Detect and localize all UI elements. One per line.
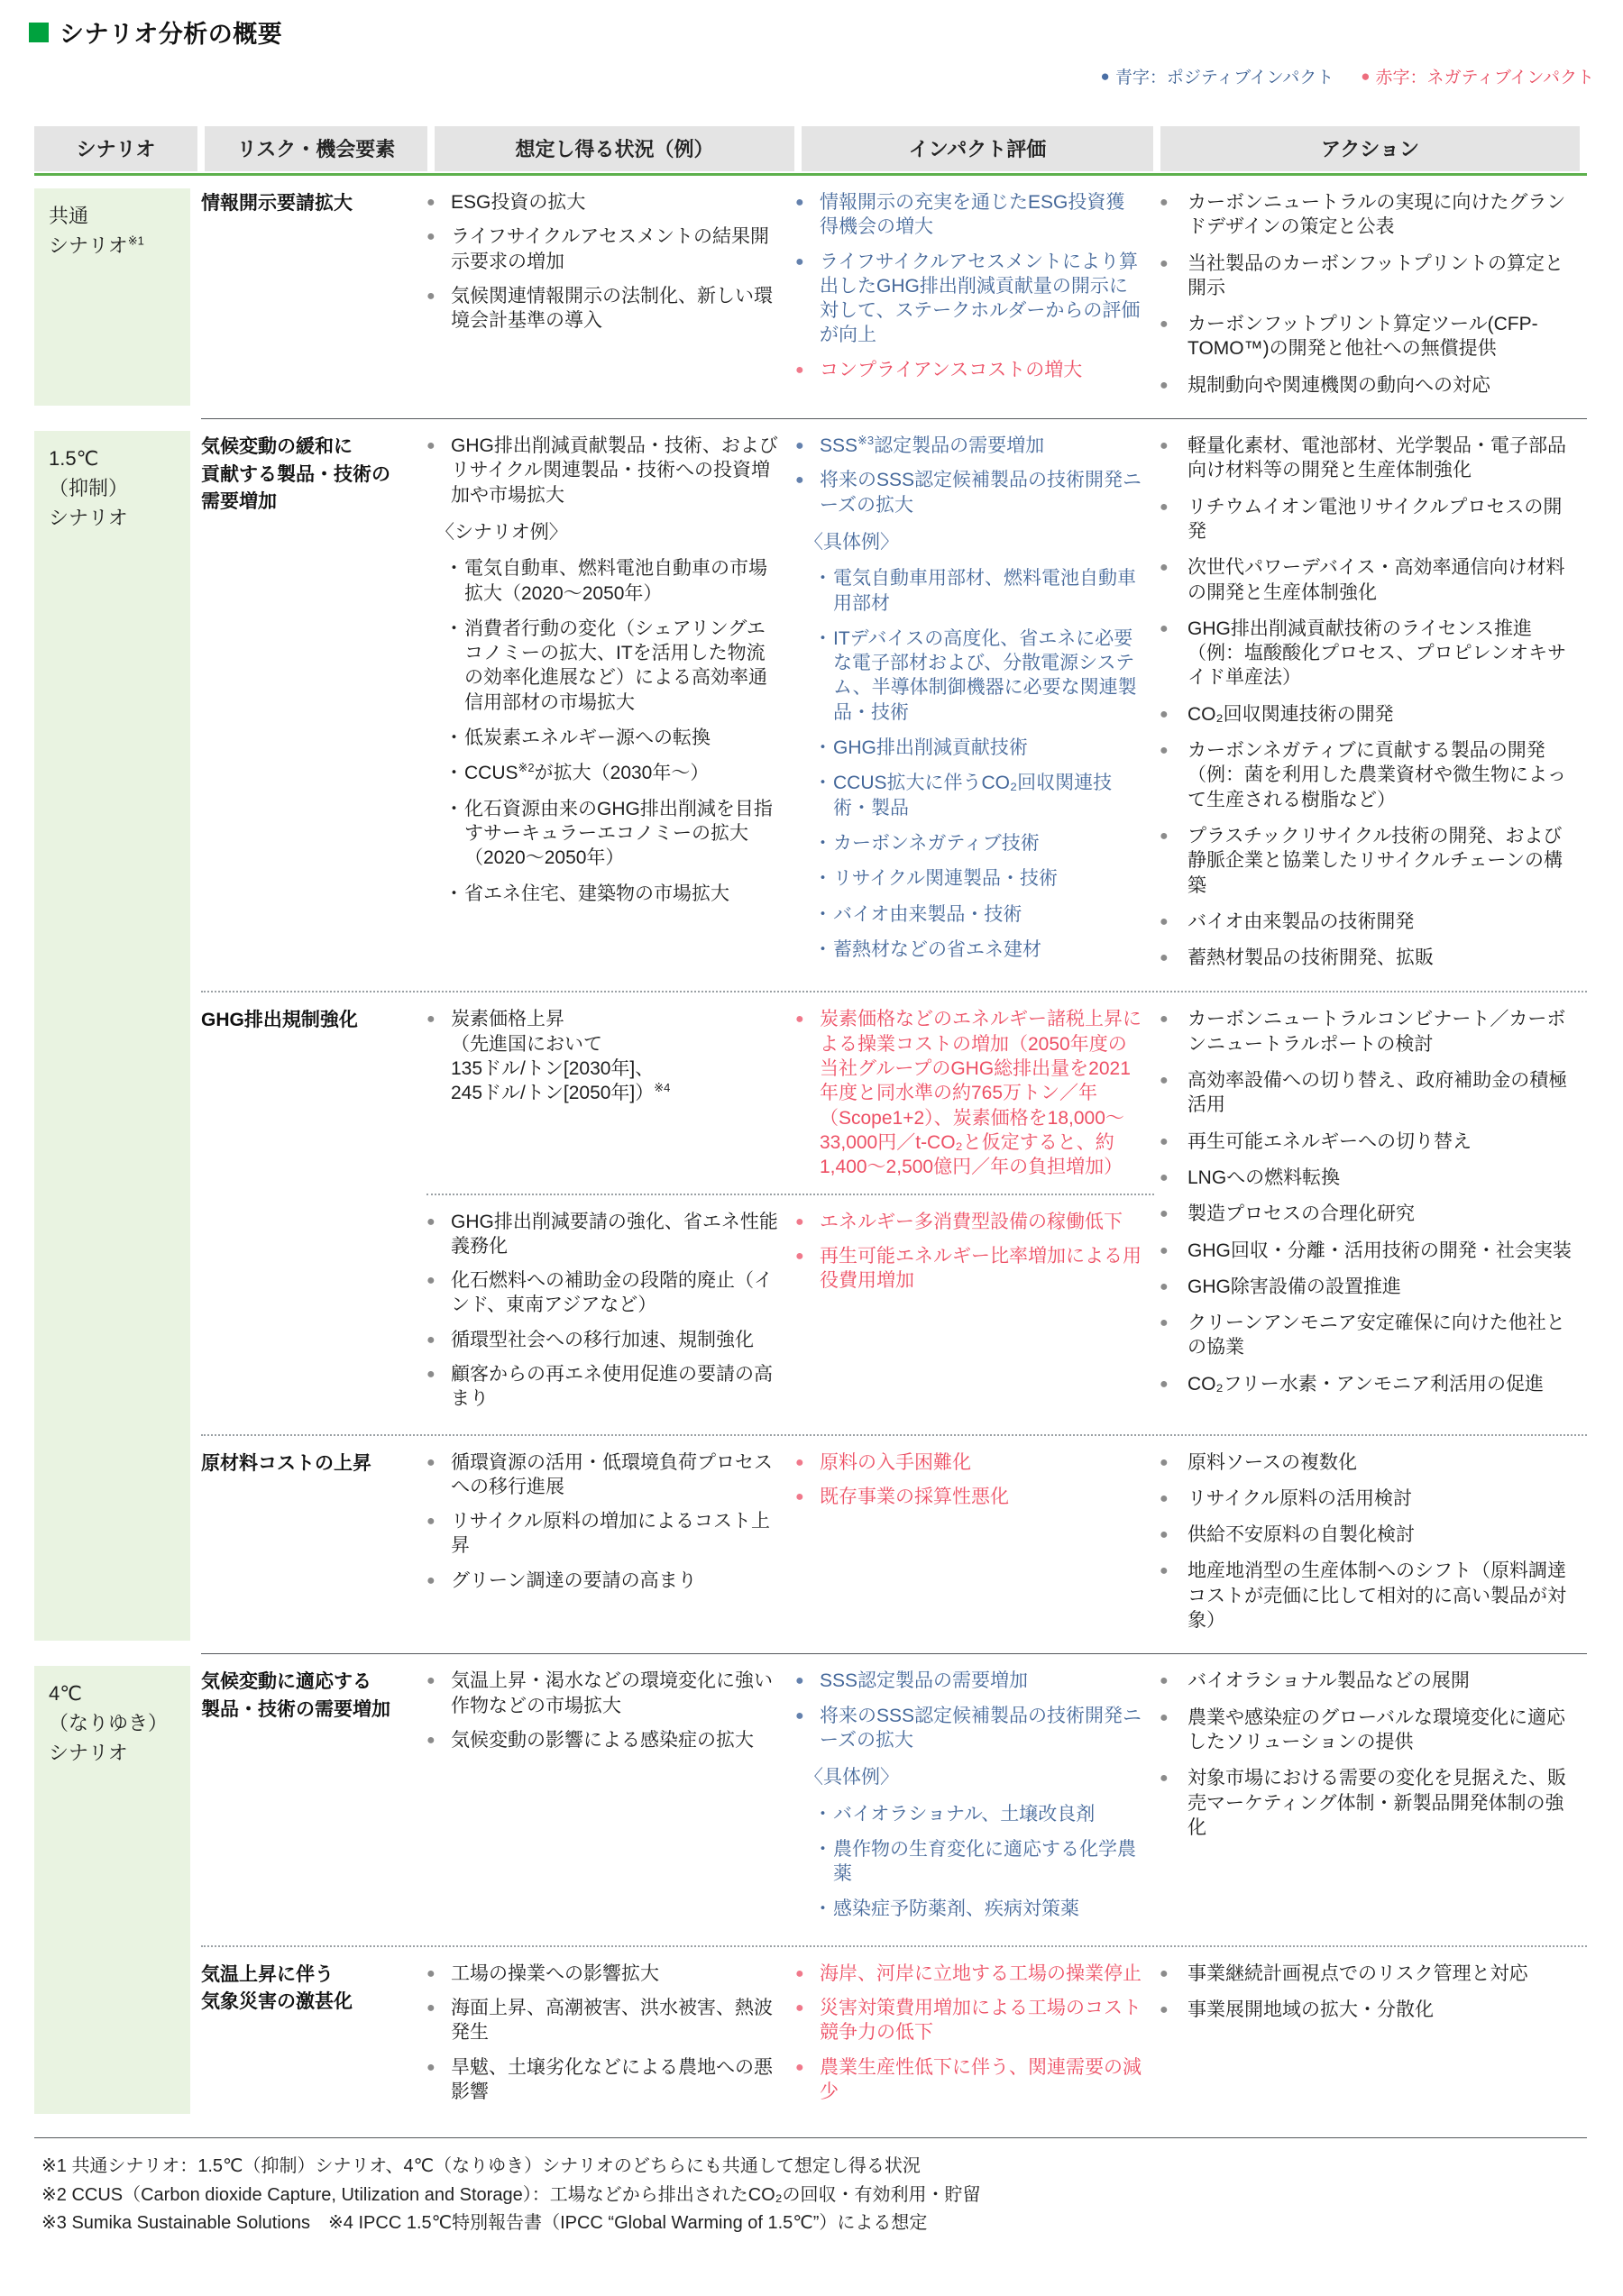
bullet-icon: ● [426,1364,436,1385]
legend-negative-label: 赤字：ネガティブインパクト [1376,64,1594,88]
bullet-icon: ● [426,192,436,213]
bullet-icon: ● [426,1730,436,1751]
item-text: 気温上昇・渇水などの環境変化に強い作物などの市場拡大 [451,1670,773,1715]
sub-list-item: ・リサイクル関連製品・技術 [795,866,1143,891]
bullet-icon: ● [795,470,804,490]
list-item: ●既存事業の採算性悪化 [795,1485,1143,1509]
item-text: 海岸、河岸に立地する工場の操業停止 [820,1963,1142,1984]
bullet-icon: ● [1160,1131,1169,1152]
sub-bullet-icon: ・ [813,736,832,760]
item-text: 炭素価格などのエネルギー諸税上昇による操業コストの増加（2050年度の当社グルー… [820,1009,1142,1177]
bullet-icon: ● [426,2057,436,2078]
bullet-icon: ● [795,1486,804,1507]
risk-factor-line: 気候変動に適応する [201,1669,408,1696]
column-header-situation: 想定し得る状況（例） [435,126,794,171]
scenario-group: 共通シナリオ※1情報開示要請拡大●ESG投資の拡大●ライフサイクルアセスメントの… [34,176,1587,418]
bullet-icon: ● [426,1330,436,1350]
bullet-icon: ● [426,1452,436,1473]
list-item: ●CO₂フリー水素・アンモニア利活用の促進 [1158,1372,1573,1396]
sub-bullet-icon: ・ [813,938,832,962]
risk-factor-line: 製品・技術の需要増加 [201,1697,408,1724]
bullet-icon: ● [1160,1560,1169,1581]
list-item: ●ライフサイクルアセスメントの結果開示要求の増加 [426,224,781,274]
example-header: 〈具体例〉 [795,1765,1143,1789]
list-item: ●循環型社会への移行加速、規制強化 [426,1328,781,1352]
item-text: 化石資源由来のGHG排出削減を目指すサーキュラーエコノミーの拡大（2020〜20… [464,799,773,869]
list-item: ●GHG除害設備の設置推進 [1158,1275,1573,1299]
list-item: ●旱魃、土壌劣化などによる農地への悪影響 [426,2055,781,2105]
situation-impact-blocks: ●GHG排出削減貢献製品・技術、およびリサイクル関連製品・技術への投資増加や市場… [426,434,1154,982]
impact-cell: ●エネルギー多消費型設備の稼働低下●再生可能エネルギー比率増加による用役費用増加 [795,1210,1154,1422]
item-text: 将来のSSS認定候補製品の技術開発ニーズの拡大 [820,1706,1142,1751]
risk-factor-line: 需要増加 [201,489,408,516]
list-item: ●コンプライアンスコストの増大 [795,358,1143,382]
list-item: ●プラスチックリサイクル技術の開発、および静脈企業と協業したリサイクルチェーンの… [1158,824,1573,898]
list-item: ●カーボンフットプリント算定ツール(CFP-TOMO™)の開発と他社への無償提供 [1158,312,1573,361]
list-item: ●製造プロセスの合理化研究 [1158,1202,1573,1226]
item-text: 循環資源の活用・低環境負荷プロセスへの移行進展 [451,1452,773,1497]
scenario-label-line: （なりゆき） [49,1708,183,1738]
sub-bullet-icon: ・ [445,617,463,641]
item-text: 原料ソースの複数化 [1187,1452,1357,1473]
bullet-icon: ● [1160,826,1169,846]
list-item: ●原料の入手困難化 [795,1450,1143,1475]
sub-bullet-icon: ・ [813,627,832,651]
list-item: ●気候関連情報開示の法制化、新しい環境会計基準の導入 [426,284,781,334]
item-text: 供給不安原料の自製化検討 [1187,1524,1415,1545]
item-text: クリーンアンモニア安定確保に向けた他社との協業 [1187,1313,1565,1358]
item-text: ライフサイクルアセスメントの結果開示要求の増加 [451,226,769,271]
sub-bullet-icon: ・ [813,771,832,795]
bullet-icon: ● [795,1963,804,1984]
item-text: GHG回収・分離・活用技術の開発・社会実装 [1187,1240,1572,1261]
legend: ● 青字：ポジティブインパクト ● 赤字：ネガティブインパクト [27,64,1594,88]
risk-factor-line: 気温上昇に伴う [201,1962,408,1989]
column-header-scenario: シナリオ [34,126,197,171]
risk-row: 原材料コストの上昇●循環資源の活用・低環境負荷プロセスへの移行進展●リサイクル原… [201,1434,1587,1654]
bullet-icon: ● [795,1706,804,1726]
situation-impact-block: ●循環資源の活用・低環境負荷プロセスへの移行進展●リサイクル原料の増加によるコス… [426,1450,1154,1606]
item-text: バイオラショナル製品などの展開 [1187,1670,1470,1691]
item-text: 感染症予防薬剤、疾病対策薬 [833,1898,1079,1919]
item-text: 旱魃、土壌劣化などによる農地への悪影響 [451,2057,773,2102]
situation-cell: ●気温上昇・渇水などの環境変化に強い作物などの市場拡大●気候変動の影響による感染… [426,1669,795,1932]
list-item: ●規制動向や関連機関の動向への対応 [1158,373,1573,398]
bullet-icon: ● [1160,1070,1169,1091]
sub-bullet-icon: ・ [445,726,463,750]
scenario-group: 1.5℃（抑制）シナリオ気候変動の緩和に貢献する製品・技術の需要増加●GHG排出… [34,418,1587,1653]
bullet-icon: ● [1160,1524,1169,1545]
footnote: ※2 CCUS（Carbon dioxide Capture, Utilizat… [41,2182,1587,2210]
list-item: ●GHG排出削減貢献技術のライセンス推進（例：塩酸酸化プロセス、プロピレンオキサ… [1158,617,1573,691]
list-item: ●炭素価格などのエネルギー諸税上昇による操業コストの増加（2050年度の当社グル… [795,1007,1143,1179]
item-text: 海面上昇、高潮被害、洪水被害、熱波発生 [451,1998,773,2043]
item-text: GHG排出削減貢献製品・技術、およびリサイクル関連製品・技術への投資増加や市場拡… [451,435,778,506]
item-text: バイオラショナル、土壌改良剤 [833,1804,1095,1825]
item-text: 農業生産性低下に伴う、関連需要の減少 [820,2057,1142,2102]
bullet-icon: ● [426,1570,436,1591]
bullet-icon: ● [426,1670,436,1691]
item-text: CCUS拡大に伴うCO₂回収関連技術・製品 [833,773,1112,818]
list-item: ●バイオ由来製品の技術開発 [1158,910,1573,934]
risk-factor-line: 貢献する製品・技術の [201,462,408,489]
scenario-cell: 1.5℃（抑制）シナリオ [34,418,201,1653]
sub-list-item: ・農作物の生育変化に適応する化学農薬 [795,1837,1143,1887]
item-text: ライフサイクルアセスメントにより算出したGHG排出削減貢献量の開示に対して、ステ… [820,252,1140,346]
risk-rows: 気候変動に適応する製品・技術の需要増加●気温上昇・渇水などの環境変化に強い作物な… [201,1653,1587,2127]
table-header: シナリオ リスク・機会要素 想定し得る状況（例） インパクト評価 アクション [34,126,1587,171]
risk-factor-line: 情報開示要請拡大 [201,190,408,217]
list-item: ●SSS※3認定製品の需要増加 [795,434,1143,458]
item-text: エネルギー多消費型設備の稼働低下 [820,1212,1123,1232]
bullet-icon: ● [1160,314,1169,334]
situation-impact-blocks: ●ESG投資の拡大●ライフサイクルアセスメントの結果開示要求の増加●気候関連情報… [426,190,1154,409]
bullet-icon: ● [1160,1670,1169,1691]
bullet-icon: ● [1160,1203,1169,1224]
bullet-icon: ● [426,286,436,306]
list-item: ●顧客からの再エネ使用促進の要請の高まり [426,1362,781,1412]
bullet-icon: ● [1160,1276,1169,1297]
situation-cell: ●GHG排出削減貢献製品・技術、およびリサイクル関連製品・技術への投資増加や市場… [426,434,795,973]
item-text: ITデバイスの高度化、省エネに必要な電子部材および、分散電源システム、半導体制御… [833,628,1137,723]
situation-impact-block: ●GHG排出削減要請の強化、省エネ性能義務化●化石燃料への補助金の段階的廃止（イ… [426,1194,1154,1425]
item-text: 工場の操業への影響拡大 [451,1963,659,1984]
bullet-icon: ● [1160,740,1169,761]
list-item: ●事業展開地域の拡大・分散化 [1158,1998,1573,2022]
item-text: CO₂回収関連技術の開発 [1187,704,1394,725]
risk-factor-line: 気象災害の激甚化 [201,1989,408,2016]
list-item: ●バイオラショナル製品などの展開 [1158,1669,1573,1693]
scenario-cell: 共通シナリオ※1 [34,176,201,418]
item-text: 既存事業の採算性悪化 [820,1486,1009,1507]
item-text: リチウムイオン電池リサイクルプロセスの開発 [1187,497,1562,542]
list-item: ●農業生産性低下に伴う、関連需要の減少 [795,2055,1143,2105]
item-text: リサイクル原料の活用検討 [1187,1488,1412,1509]
sub-list-item: ・化石資源由来のGHG排出削減を目指すサーキュラーエコノミーの拡大（2020〜2… [426,797,781,871]
bullet-icon: ● [1160,253,1169,274]
footnote: ※3 Sumika Sustainable Solutions ※4 IPCC … [41,2209,1587,2238]
bullet-icon: ● [1160,911,1169,932]
bullet-icon: ● [1160,1240,1169,1261]
scenario-label-line: 1.5℃ [49,444,183,473]
bullet-icon: ● [795,435,804,456]
item-text: リサイクル原料の増加によるコスト上昇 [451,1511,770,1556]
bullet-icon: ● [1160,704,1169,725]
bullet-icon: ● [426,1963,436,1984]
bullet-icon: ● [1160,435,1169,456]
footnote: ※1 共通シナリオ：1.5℃（抑制）シナリオ、4℃（なりゆき）シナリオのどちらに… [41,2153,1587,2182]
list-item: ●再生可能エネルギーへの切り替え [1158,1130,1573,1154]
item-text: 省エネ住宅、建築物の市場拡大 [464,883,729,904]
bullet-icon: ● [1160,1313,1169,1333]
risk-factor-line: GHG排出規制強化 [201,1007,408,1034]
item-text: リサイクル関連製品・技術 [833,868,1058,889]
scenario-label: 4℃（なりゆき）シナリオ [34,1666,190,2114]
scenario-cell: 4℃（なりゆき）シナリオ [34,1653,201,2127]
risk-factor-cell: 気候変動に適応する製品・技術の需要増加 [201,1669,426,1935]
bullet-icon: ● [1160,947,1169,968]
column-header-impact: インパクト評価 [802,126,1153,171]
sub-bullet-icon: ・ [813,1802,832,1826]
bullet-icon: ● [795,1009,804,1029]
legend-negative: ● 赤字：ネガティブインパクト [1361,64,1594,88]
list-item: ●軽量化素材、電池部材、光学製品・電子部品向け材料等の開発と生産体制強化 [1158,434,1573,483]
bullet-icon: ● [795,1212,804,1232]
item-text: 低炭素エネルギー源への転換 [464,727,711,748]
risk-factor-line: 原材料コストの上昇 [201,1450,408,1477]
item-text: 将来のSSS認定候補製品の技術開発ニーズの拡大 [820,470,1142,515]
risk-row: 気候変動の緩和に貢献する製品・技術の需要増加●GHG排出削減貢献製品・技術、およ… [201,419,1587,991]
bullet-icon: ● [1160,1768,1169,1788]
list-item: ●炭素価格上昇（先進国において135ドル/トン[2030年]、245ドル/トン[… [426,1007,781,1105]
item-text: 〈具体例〉 [804,1767,899,1788]
list-item: ●供給不安原料の自製化検討 [1158,1523,1573,1547]
sub-list-item: ・蓄熱材などの省エネ建材 [795,938,1143,962]
sub-list-item: ・電気自動車、燃料電池自動車の市場拡大（2020〜2050年） [426,556,781,606]
impact-cell: ●原料の入手困難化●既存事業の採算性悪化 [795,1450,1154,1603]
list-item: ●将来のSSS認定候補製品の技術開発ニーズの拡大 [795,468,1143,517]
bullet-icon: ● [795,2057,804,2078]
list-item: ●情報開示の充実を通じたESG投資獲得機会の増大 [795,190,1143,240]
risk-row: 情報開示要請拡大●ESG投資の拡大●ライフサイクルアセスメントの結果開示要求の増… [201,176,1587,418]
situation-cell: ●GHG排出削減要請の強化、省エネ性能義務化●化石燃料への補助金の段階的廃止（イ… [426,1210,795,1422]
item-text: 顧客からの再エネ使用促進の要請の高まり [451,1364,773,1409]
item-text: GHG排出削減貢献技術のライセンス推進（例：塩酸酸化プロセス、プロピレンオキサイ… [1187,618,1566,689]
item-text: 化石燃料への補助金の段階的廃止（インド、東南アジアなど） [451,1270,773,1315]
item-text: カーボンニュートラルコンビナート／カーボンニュートラルポートの検討 [1187,1009,1565,1054]
item-text: 製造プロセスの合理化研究 [1187,1203,1415,1224]
section-title-row: シナリオ分析の概要 [29,14,1598,50]
item-text: プラスチックリサイクル技術の開発、および静脈企業と協業したリサイクルチェーンの構… [1187,826,1563,896]
item-text: CO₂フリー水素・アンモニア利活用の促進 [1187,1374,1544,1395]
legend-positive: ● 青字：ポジティブインパクト [1101,64,1334,88]
item-text: 原料の入手困難化 [820,1452,971,1473]
item-text: 再生可能エネルギーへの切り替え [1187,1131,1472,1152]
bullet-icon: ● [1160,375,1169,396]
list-item: ●リサイクル原料の活用検討 [1158,1486,1573,1511]
list-item: ●気候変動の影響による感染症の拡大 [426,1728,781,1752]
item-text: グリーン調達の要請の高まり [451,1570,697,1591]
risk-row: 気候変動に適応する製品・技術の需要増加●気温上昇・渇水などの環境変化に強い作物な… [201,1654,1587,1944]
list-item: ●災害対策費用増加による工場のコスト競争力の低下 [795,1996,1143,2045]
risk-factor-cell: GHG排出規制強化 [201,1007,426,1424]
list-item: ●化石燃料への補助金の段階的廃止（インド、東南アジアなど） [426,1268,781,1318]
item-text: 農業や感染症のグローバルな環境変化に適応したソリューションの提供 [1187,1707,1565,1752]
bullet-icon: ● [1160,618,1169,639]
list-item: ●事業継続計画視点でのリスク管理と対応 [1158,1962,1573,1986]
list-item: ●蓄熱材製品の技術開発、拡販 [1158,946,1573,970]
item-text: カーボンフットプリント算定ツール(CFP-TOMO™)の開発と他社への無償提供 [1187,314,1538,359]
bullet-icon: ● [426,1511,436,1532]
situation-cell: ●炭素価格上昇（先進国において135ドル/トン[2030年]、245ドル/トン[… [426,1007,795,1189]
impact-cell: ●SSS認定製品の需要増加●将来のSSS認定候補製品の技術開発ニーズの拡大〈具体… [795,1669,1154,1932]
list-item: ●対象市場における需要の変化を見据えた、販売マーケティング体制・新製品開発体制の… [1158,1766,1573,1840]
item-text: 対象市場における需要の変化を見据えた、販売マーケティング体制・新製品開発体制の強… [1187,1768,1566,1838]
action-cell: ●カーボンニュートラルコンビナート／カーボンニュートラルポートの検討●高効率設備… [1154,1007,1573,1424]
item-text: 事業展開地域の拡大・分散化 [1187,1999,1434,2020]
sub-bullet-icon: ・ [813,1837,832,1861]
list-item: ●リサイクル原料の増加によるコスト上昇 [426,1509,781,1559]
list-item: ●カーボンニュートラルコンビナート／カーボンニュートラルポートの検討 [1158,1007,1573,1057]
sub-bullet-icon: ・ [813,866,832,891]
bullet-icon: ● [1160,1963,1169,1984]
item-text: 蓄熱材製品の技術開発、拡販 [1187,947,1434,968]
sub-list-item: ・バイオ由来製品・技術 [795,902,1143,927]
item-text: 再生可能エネルギー比率増加による用役費用増加 [820,1246,1142,1291]
column-header-action: アクション [1160,126,1580,171]
bullet-icon: ● [795,192,804,213]
list-item: ●循環資源の活用・低環境負荷プロセスへの移行進展 [426,1450,781,1500]
action-cell: ●バイオラショナル製品などの展開●農業や感染症のグローバルな環境変化に適応したソ… [1154,1669,1573,1935]
sub-list-item: ・低炭素エネルギー源への転換 [426,726,781,750]
impact-cell: ●炭素価格などのエネルギー諸税上昇による操業コストの増加（2050年度の当社グル… [795,1007,1154,1189]
list-item: ●CO₂回収関連技術の開発 [1158,702,1573,727]
list-item: ●GHG排出削減貢献製品・技術、およびリサイクル関連製品・技術への投資増加や市場… [426,434,781,508]
list-item: ●リチウムイオン電池リサイクルプロセスの開発 [1158,495,1573,544]
legend-positive-label: 青字：ポジティブインパクト [1115,64,1334,88]
situation-impact-blocks: ●工場の操業への影響拡大●海面上昇、高潮被害、洪水被害、熱波発生●旱魃、土壌劣化… [426,1962,1154,2118]
blue-dot-icon: ● [1101,69,1110,84]
sub-list-item: ・バイオラショナル、土壌改良剤 [795,1802,1143,1826]
item-text: 炭素価格上昇（先進国において135ドル/トン[2030年]、245ドル/トン[2… [451,1009,670,1103]
item-text: カーボンネガティブ技術 [833,833,1040,854]
item-text: 情報開示の充実を通じたESG投資獲得機会の増大 [820,192,1124,237]
list-item: ●クリーンアンモニア安定確保に向けた他社との協業 [1158,1311,1573,1360]
risk-factor-cell: 気候変動の緩和に貢献する製品・技術の需要増加 [201,434,426,982]
item-text: 事業継続計画視点でのリスク管理と対応 [1187,1963,1528,1984]
sub-list-item: ・ITデバイスの高度化、省エネに必要な電子部材および、分散電源システム、半導体制… [795,627,1143,725]
list-item: ●工場の操業への影響拡大 [426,1962,781,1986]
situation-impact-block: ●炭素価格上昇（先進国において135ドル/トン[2030年]、245ドル/トン[… [426,1007,1154,1193]
bullet-icon: ● [795,360,804,380]
bullet-icon: ● [1160,192,1169,213]
sub-list-item: ・CCUS拡大に伴うCO₂回収関連技術・製品 [795,771,1143,820]
item-text: 規制動向や関連機関の動向への対応 [1187,375,1490,396]
item-text: 軽量化素材、電池部材、光学製品・電子部品向け材料等の開発と生産体制強化 [1187,435,1566,480]
scenario-table: シナリオ リスク・機会要素 想定し得る状況（例） インパクト評価 アクション 共… [34,126,1587,2238]
bullet-icon: ● [426,1009,436,1029]
action-cell: ●カーボンニュートラルの実現に向けたグランドデザインの策定と公表●当社製品のカー… [1154,190,1573,409]
scenario-label: 1.5℃（抑制）シナリオ [34,431,190,1641]
list-item: ●次世代パワーデバイス・高効率通信向け材料の開発と生産体制強化 [1158,555,1573,605]
bullet-icon: ● [426,1212,436,1232]
bullet-icon: ● [1160,557,1169,578]
item-text: 消費者行動の変化（シェアリングエコノミーの拡大、ITを活用した物流の効率化進展な… [464,618,767,713]
item-text: SSS認定製品の需要増加 [820,1670,1028,1691]
situation-cell: ●ESG投資の拡大●ライフサイクルアセスメントの結果開示要求の増加●気候関連情報… [426,190,795,392]
impact-cell: ●情報開示の充実を通じたESG投資獲得機会の増大●ライフサイクルアセスメントによ… [795,190,1154,392]
bullet-icon: ● [1160,497,1169,517]
item-text: 気候関連情報開示の法制化、新しい環境会計基準の導入 [451,286,773,331]
bullet-icon: ● [1160,1374,1169,1395]
risk-factor-cell: 情報開示要請拡大 [201,190,426,409]
bullet-icon: ● [426,1998,436,2018]
list-item: ●再生可能エネルギー比率増加による用役費用増加 [795,1244,1143,1294]
section-marker-icon [29,23,49,42]
item-text: 〈具体例〉 [804,532,899,553]
situation-impact-blocks: ●循環資源の活用・低環境負荷プロセスへの移行進展●リサイクル原料の増加によるコス… [426,1450,1154,1645]
risk-factor-cell: 原材料コストの上昇 [201,1450,426,1645]
item-text: カーボンネガティブに貢献する製品の開発（例：菌を利用した農業資材や微生物によって… [1187,740,1566,810]
sub-bullet-icon: ・ [813,566,832,590]
list-item: ●ESG投資の拡大 [426,190,781,215]
bullet-icon: ● [795,1246,804,1267]
list-item: ●カーボンニュートラルの実現に向けたグランドデザインの策定と公表 [1158,190,1573,240]
list-item: ●将来のSSS認定候補製品の技術開発ニーズの拡大 [795,1704,1143,1753]
situation-impact-block: ●気温上昇・渇水などの環境変化に強い作物などの市場拡大●気候変動の影響による感染… [426,1669,1154,1935]
bullet-icon: ● [1160,1488,1169,1509]
bullet-icon: ● [795,1670,804,1691]
bullet-icon: ● [426,1270,436,1291]
sub-bullet-icon: ・ [813,831,832,855]
situation-impact-block: ●GHG排出削減貢献製品・技術、およびリサイクル関連製品・技術への投資増加や市場… [426,434,1154,976]
table-body: 共通シナリオ※1情報開示要請拡大●ESG投資の拡大●ライフサイクルアセスメントの… [34,176,1587,2138]
bullet-icon: ● [795,1452,804,1473]
item-text: コンプライアンスコストの増大 [820,360,1082,380]
list-item: ●海岸、河岸に立地する工場の操業停止 [795,1962,1143,1986]
item-text: 蓄熱材などの省エネ建材 [833,939,1041,960]
bullet-icon: ● [1160,1707,1169,1728]
scenario-label-line: 4℃ [49,1679,183,1708]
list-item: ●GHG回収・分離・活用技術の開発・社会実装 [1158,1239,1573,1263]
list-item: ●原料ソースの複数化 [1158,1450,1573,1475]
sub-bullet-icon: ・ [445,882,463,906]
bullet-icon: ● [1160,1452,1169,1473]
risk-factor-cell: 気温上昇に伴う気象災害の激甚化 [201,1962,426,2118]
item-text: 災害対策費用増加による工場のコスト競争力の低下 [820,1998,1142,2043]
list-item: ●エネルギー多消費型設備の稼働低下 [795,1210,1143,1234]
scenario-label-line: シナリオ※1 [49,231,183,261]
item-text: ESG投資の拡大 [451,192,585,213]
item-text: 農作物の生育変化に適応する化学農薬 [833,1839,1136,1884]
sub-list-item: ・感染症予防薬剤、疾病対策薬 [795,1897,1143,1921]
list-item: ●LNGへの燃料転換 [1158,1166,1573,1190]
column-header-risk: リスク・機会要素 [205,126,427,171]
risk-rows: 気候変動の緩和に貢献する製品・技術の需要増加●GHG排出削減貢献製品・技術、およ… [201,418,1587,1653]
page-title: シナリオ分析の概要 [60,14,282,50]
situation-impact-block: ●ESG投資の拡大●ライフサイクルアセスメントの結果開示要求の増加●気候関連情報… [426,190,1154,396]
bullet-icon: ● [795,1998,804,2018]
sub-list-item: ・消費者行動の変化（シェアリングエコノミーの拡大、ITを活用した物流の効率化進展… [426,617,781,715]
risk-row: GHG排出規制強化●炭素価格上昇（先進国において135ドル/トン[2030年]、… [201,991,1587,1433]
list-item: ●当社製品のカーボンフットプリントの算定と開示 [1158,252,1573,301]
risk-row: 気温上昇に伴う気象災害の激甚化●工場の操業への影響拡大●海面上昇、高潮被害、洪水… [201,1945,1587,2127]
scenario-label-line: シナリオ [49,1738,183,1768]
item-text: 気候変動の影響による感染症の拡大 [451,1730,754,1751]
item-text: 〈シナリオ例〉 [436,522,568,543]
list-item: ●GHG排出削減要請の強化、省エネ性能義務化 [426,1210,781,1259]
sub-list-item: ・GHG排出削減貢献技術 [795,736,1143,760]
footnotes: ※1 共通シナリオ：1.5℃（抑制）シナリオ、4℃（なりゆき）シナリオのどちらに… [41,2153,1587,2238]
bullet-icon: ● [795,252,804,272]
risk-factor-line: 気候変動の緩和に [201,434,408,461]
list-item: ●気温上昇・渇水などの環境変化に強い作物などの市場拡大 [426,1669,781,1718]
item-text: カーボンニュートラルの実現に向けたグランドデザインの策定と公表 [1187,192,1565,237]
bullet-icon: ● [426,435,436,456]
list-item: ●カーボンネガティブに貢献する製品の開発（例：菌を利用した農業資材や微生物によっ… [1158,738,1573,812]
bullet-icon: ● [1160,1999,1169,2020]
example-header: 〈シナリオ例〉 [426,520,781,544]
list-item: ●ライフサイクルアセスメントにより算出したGHG排出削減貢献量の開示に対して、ス… [795,250,1143,348]
item-text: 当社製品のカーボンフットプリントの算定と開示 [1187,253,1563,298]
item-text: GHG除害設備の設置推進 [1187,1276,1401,1297]
scenario-analysis-page: シナリオ分析の概要 ● 青字：ポジティブインパクト ● 赤字：ネガティブインパク… [0,0,1623,2265]
sub-bullet-icon: ・ [445,556,463,581]
bullet-icon: ● [1160,1009,1169,1029]
example-header: 〈具体例〉 [795,530,1143,554]
scenario-label-line: 共通 [49,201,183,231]
list-item: ●SSS認定製品の需要増加 [795,1669,1143,1693]
